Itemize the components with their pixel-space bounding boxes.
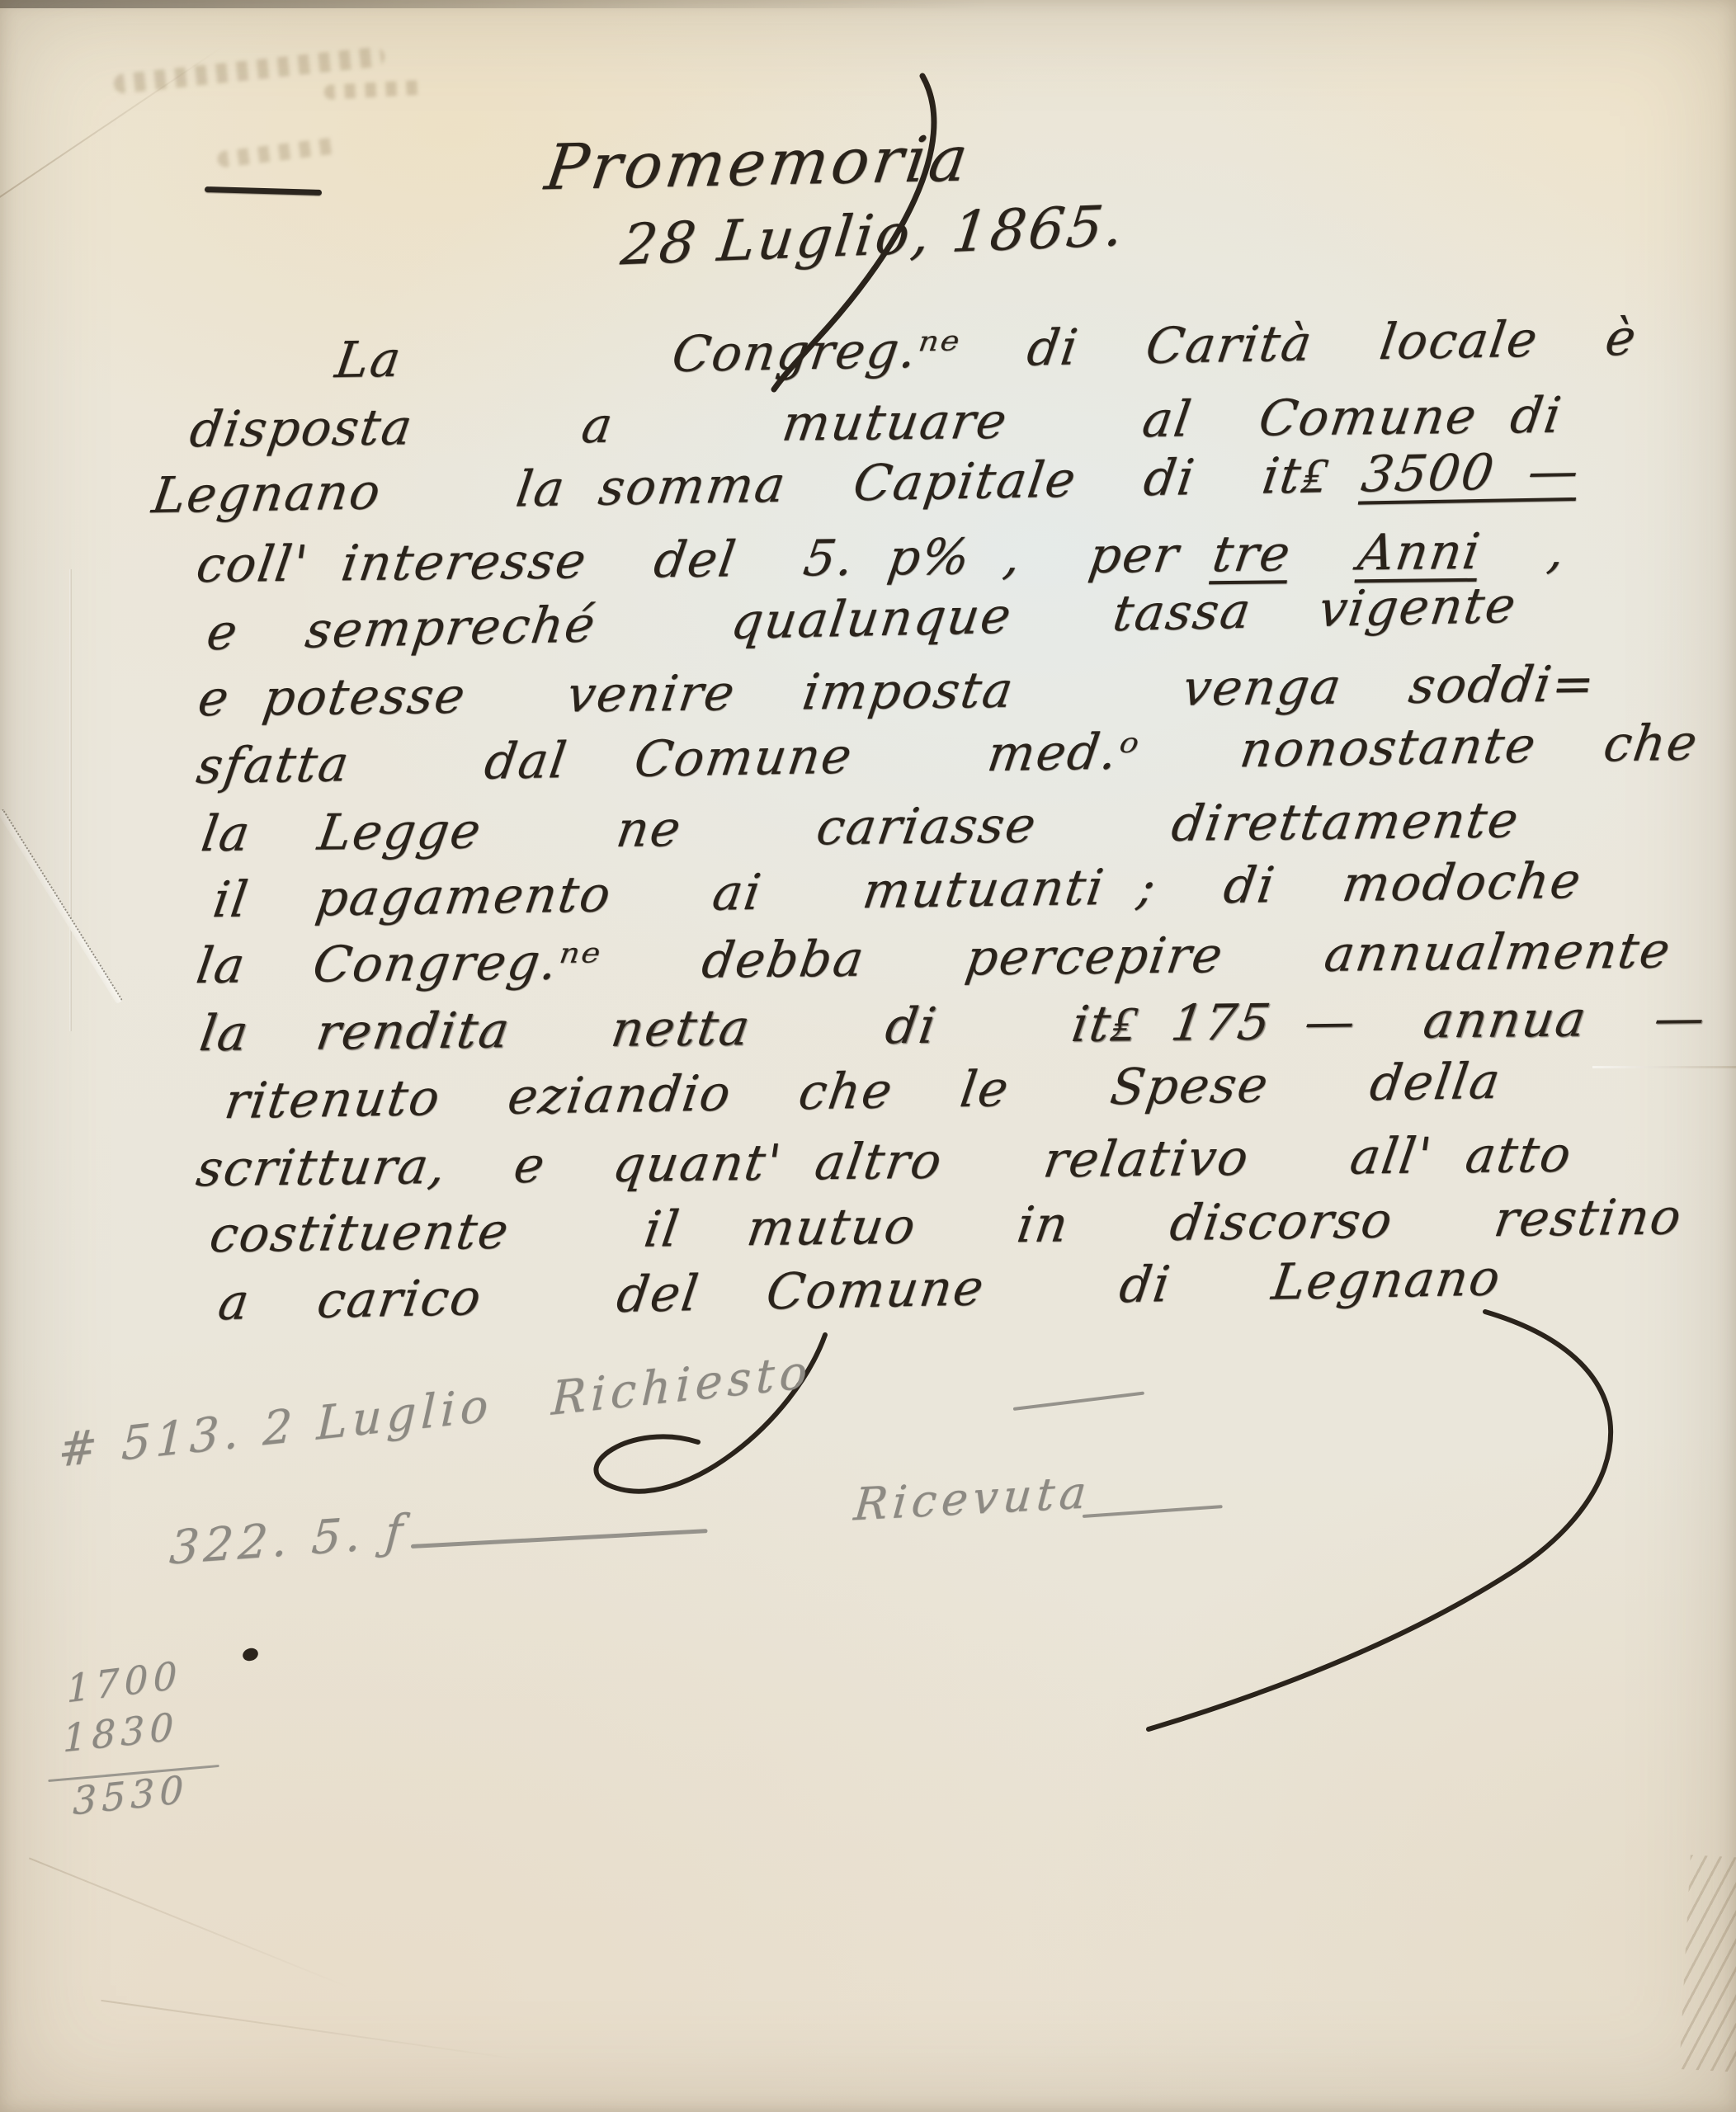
body-line: e potesse venire imposta venga soddi= [195, 655, 1600, 728]
body-line: la Legge ne cariasse direttamente [198, 791, 1524, 863]
ink-dot [241, 1646, 260, 1662]
crease-right-middle [1592, 1066, 1736, 1068]
crumple-bottom-right [1679, 1855, 1736, 2072]
pencil-stroke [411, 1529, 708, 1549]
body-line: a carico del Comune di Legnano [215, 1249, 1505, 1332]
body-line: il pagamento ai mutuanti ; di modoche [210, 852, 1586, 929]
body-line: La Congreg.ⁿᵉ di Carità locale è [332, 309, 1641, 389]
pencil-received-note: Ricevuta [851, 1466, 1092, 1530]
sum-addend: 1830 [63, 1704, 178, 1761]
body-line: la Congreg.ⁿᵉ debba percepire annualment… [193, 922, 1676, 995]
pencil-registry-note: # 513. 2 Luglio Richiesto [58, 1345, 813, 1478]
sum-addend: 1700 [66, 1652, 182, 1711]
pencil-stroke [1083, 1505, 1223, 1518]
pencil-stroke [1013, 1392, 1144, 1411]
document-title: Promemoria [541, 121, 975, 204]
crease-bottom-left [101, 2000, 526, 2061]
scan-top-edge [0, 0, 990, 8]
manuscript-page: Promemoria 28 Luglio, 1865. La Congreg.ⁿ… [0, 0, 1736, 2112]
body-line: la rendita netta di it₤ 175 — annua — ; [196, 988, 1736, 1063]
pencil-registry-note: 322. 5. ƒ [167, 1505, 408, 1576]
crease-left [69, 569, 72, 1031]
body-line: scrittura, e quant' altro relativo all' … [193, 1126, 1576, 1199]
body-line: ritenuto eziandio che le Spese della [221, 1053, 1505, 1130]
date-line: 28 Luglio, 1865. [618, 194, 1130, 279]
tear-left-edge [0, 808, 123, 1004]
body-line: sfatta dal Comune med.ᵒ nonostante che [193, 714, 1702, 795]
crease-bottom-left [29, 1857, 351, 1988]
